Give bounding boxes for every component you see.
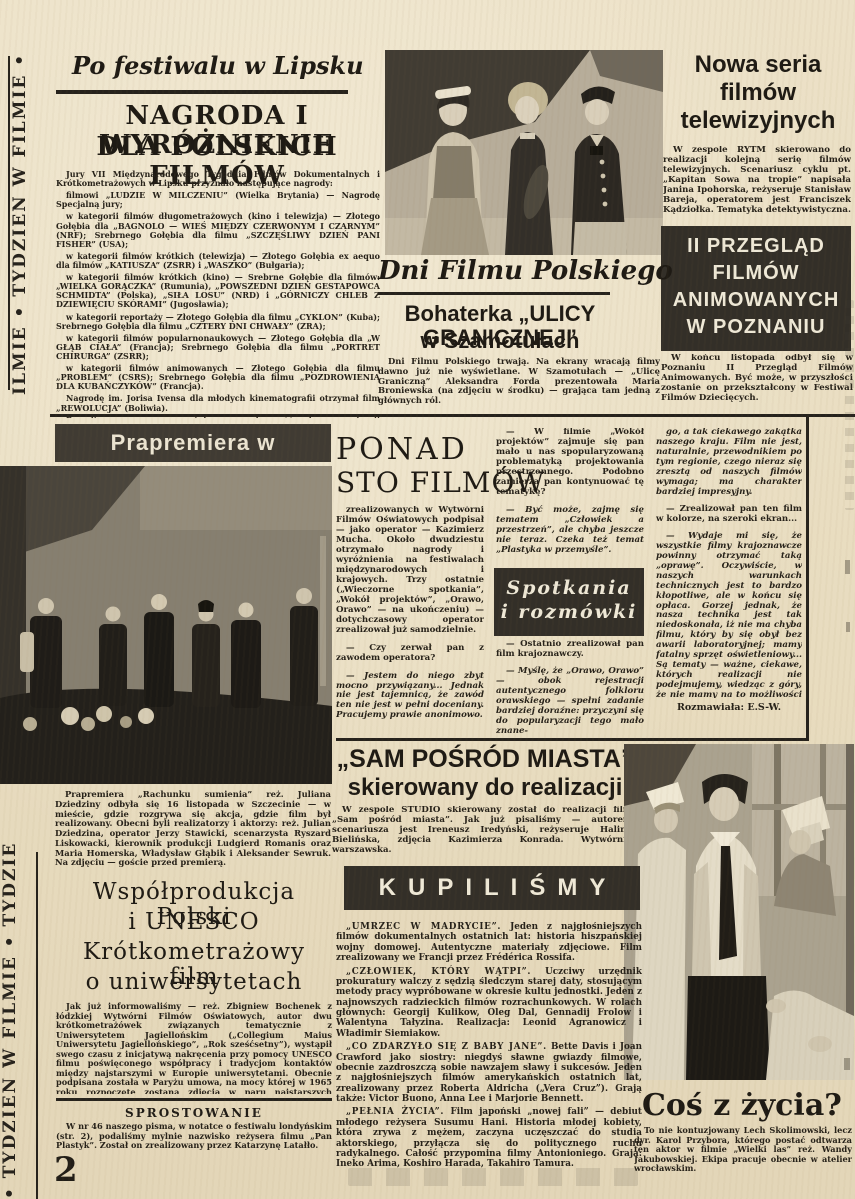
film-review: „CO ZDARZYŁO SIĘ Z BABY JANE”. Bette Dav…: [336, 1042, 642, 1104]
nowa-seria-headline-line3: telewizyjnych: [663, 108, 853, 134]
scan-artifact: [846, 622, 850, 632]
kupilismy-banner-label: KUPILIŚMY: [367, 874, 618, 901]
sam-posrod-headline-line2: skierowany do realizacji: [330, 775, 640, 801]
page-number: 2: [54, 1150, 78, 1190]
paragraph: W końcu listopada odbył się w Poznaniu I…: [661, 354, 853, 404]
paragraph: w kategorii filmów krótkich (telewizja) …: [56, 252, 380, 270]
interview-right-rule: [806, 416, 809, 740]
interview-col-c: go, a tak ciekawego zakątka naszego kraj…: [656, 428, 802, 698]
interview-question: — Ostatnio zrealizował pan film krajozna…: [496, 640, 644, 660]
interview-col-b-top: — W filmie „Wokół projektów” zajmuje się…: [496, 428, 644, 562]
festival-actors-photo-art: [385, 50, 663, 255]
przeglad-body: W końcu listopada odbył się w Poznaniu I…: [661, 354, 853, 416]
interview-answer: — Być może, zajmę się tematem „Człowiek …: [496, 506, 644, 556]
sam-posrod-body: W zespole STUDIO skierowany został do re…: [332, 806, 632, 856]
sprostowanie-header: SPROSTOWANIE: [56, 1106, 332, 1120]
szczecin-band: Prapremiera w Szczecinie: [55, 424, 331, 462]
interview-col-a: zrealizowanych w Wytwórni Filmów Oświato…: [336, 506, 484, 732]
przeglad-box-line: W POZNANIU: [661, 314, 851, 341]
sprostowanie-body: W nr 46 naszego pisma, w notatce o festi…: [56, 1122, 332, 1164]
print-bleedthrough-strip: [348, 1168, 638, 1186]
przeglad-box-line: II PRZEGLĄD: [661, 233, 851, 260]
przeglad-box: II PRZEGLĄD FILMÓW ANIMOWANYCH W POZNANI…: [661, 226, 851, 351]
section-divider: [50, 414, 855, 417]
kupilismy-banner: KUPILIŚMY: [344, 866, 640, 910]
cos-z-zycia-headline: Coś z życia?: [642, 1088, 842, 1123]
festival-actors-photo: [385, 50, 663, 255]
unesco-body: Jak już informowaliśmy — reż. Zbigniew B…: [56, 1002, 332, 1094]
interview-question: — Zrealizował pan ten film w kolorze, na…: [656, 505, 802, 525]
paragraph: W nr 46 naszego pisma, w notatce o festi…: [56, 1122, 332, 1151]
film-review-title: „UMRZEĆ W MADRYCIE”.: [346, 922, 501, 932]
interview-col-b-bottom: — Ostatnio zrealizował pan film krajozna…: [496, 640, 644, 734]
kupilismy-reviews: „UMRZEĆ W MADRYCIE”. Jeden z najgłośniej…: [336, 922, 642, 1176]
sidebar-rule-bottom: [36, 852, 38, 1199]
paragraph: Dni Filmu Polskiego trwają. Na ekrany wr…: [378, 357, 660, 406]
interview-answer: — Wydaje mi się, że wszystkie filmy kraj…: [656, 532, 802, 698]
dni-filmu-headline-line2: w Szamotułach: [340, 329, 660, 353]
film-review-title: „PEŁNIA ŻYCIA”.: [346, 1107, 444, 1117]
interview-headline-line1: PONAD: [336, 432, 468, 467]
scan-bleedthrough-right: [845, 300, 854, 510]
paragraph: w kategorii filmów krótkich (kino) — Sre…: [56, 273, 380, 309]
paragraph: w kategorii reportaży — Złotego Gołębia …: [56, 313, 380, 331]
paragraph: Jury VII Międzynarodowego Tygodnia Filmó…: [56, 170, 380, 188]
unesco-headline-line2: i UNESCO: [56, 910, 332, 935]
scan-artifact: [844, 1058, 850, 1070]
paragraph: Nagrodę im. Jorisa Ivensa dla młodych ki…: [56, 394, 380, 412]
paragraph: w kategorii filmów animowanych — Złotego…: [56, 364, 380, 391]
sam-posrod-headline-line1: „SAM POŚRÓD MIASTA”: [330, 746, 640, 774]
spotkania-box: Spotkania i rozmówki: [494, 568, 644, 636]
dni-filmu-body: Dni Filmu Polskiego trwają. Na ekrany wr…: [378, 357, 660, 411]
premiere-stage-photo: [0, 466, 332, 784]
hospital-film-still-art: [624, 744, 854, 1080]
paragraph: To nie kontuzjowany Lech Skolimowski, le…: [634, 1126, 852, 1174]
paragraph: w kategorii filmów popularnonaukowych — …: [56, 334, 380, 361]
interview-answer: — Myślę, że „Orawo, Orawo” — obok rejest…: [496, 667, 644, 734]
lipsk-kicker-underline: [56, 90, 348, 94]
sidebar-rule-top: [8, 56, 10, 390]
interview-answer: go, a tak ciekawego zakątka naszego kraj…: [656, 428, 802, 498]
dni-filmu-underline: [378, 292, 610, 295]
paragraph: W zespole STUDIO skierowany został do re…: [332, 806, 632, 856]
nowa-seria-headline-line1: Nowa seria: [663, 52, 853, 78]
szczecin-caption: Prapremiera „Rachunku sumienia” reż. Jul…: [55, 790, 331, 876]
lipsk-body: Jury VII Międzynarodowego Tygodnia Filmó…: [56, 170, 380, 418]
sprostowanie-rule: [56, 1098, 332, 1101]
przeglad-box-line: ANIMOWANYCH: [661, 287, 851, 314]
paragraph: W zespole RYTM skierowano do realizacji …: [663, 146, 851, 216]
sidebar-masthead-bottom: • TYDZIEŃ W FILMIE • TYDZIE: [2, 843, 34, 1199]
interview-answer: — Jestem do niego zbyt mocno przywiązany…: [336, 672, 484, 722]
interview-bottom-rule: [336, 738, 809, 741]
cos-z-zycia-body: To nie kontuzjowany Lech Skolimowski, le…: [634, 1126, 852, 1190]
film-review-title: „CO ZDARZYŁO SIĘ Z BABY JANE”.: [346, 1042, 547, 1052]
paragraph: w kategorii filmów długometrażowych (kin…: [56, 212, 380, 248]
film-review: „CZŁOWIEK, KTÓRY WĄTPI”. Uczciwy urzędni…: [336, 967, 642, 1040]
paragraph: Prapremiera „Rachunku sumienia” reż. Jul…: [55, 790, 331, 868]
paragraph: zrealizowanych w Wytwórni Filmów Oświato…: [336, 506, 484, 636]
spotkania-box-line: Spotkania: [494, 576, 644, 600]
hospital-film-still-photo: [624, 744, 854, 1080]
paragraph: Jak już informowaliśmy — reż. Zbigniew B…: [56, 1002, 332, 1094]
lipsk-kicker: Po festiwalu w Lipsku: [72, 54, 364, 78]
unesco-headline-line4: o uniwersytetach: [56, 970, 332, 995]
premiere-stage-photo-art: [0, 466, 332, 784]
przeglad-box-line: FILMÓW: [661, 260, 851, 287]
spotkania-box-line: i rozmówki: [494, 600, 644, 624]
paragraph: filmowi „LUDZIE W MILCZENIU” (Wielka Bry…: [56, 191, 380, 209]
film-review: „PEŁNIA ŻYCIA”. Film japoński „nowej fal…: [336, 1107, 642, 1169]
magazine-page: ILMIE • TYDZIEŃ W FILMIE • • TYDZIEŃ W F…: [0, 0, 855, 1199]
sidebar-masthead-top: ILMIE • TYDZIEŃ W FILMIE •: [12, 45, 42, 395]
interview-question: — Czy zerwał pan z zawodem operatora?: [336, 644, 484, 664]
film-review-title: „CZŁOWIEK, KTÓRY WĄTPI”.: [346, 967, 531, 977]
nowa-seria-body: W zespole RYTM skierowano do realizacji …: [663, 146, 851, 222]
nowa-seria-headline-line2: filmów: [663, 80, 853, 106]
dni-filmu-kicker: Dni Filmu Polskiego: [378, 258, 673, 284]
film-review-text: Uczciwy urzędnik prokuratury walczy z sę…: [336, 967, 642, 1039]
interview-signature: Rozmawiała: E.S-W.: [656, 702, 802, 716]
film-review: „UMRZEĆ W MADRYCIE”. Jeden z najgłośniej…: [336, 922, 642, 964]
interview-question: — W filmie „Wokół projektów” zajmuje się…: [496, 428, 644, 498]
scan-artifact: [845, 560, 850, 574]
